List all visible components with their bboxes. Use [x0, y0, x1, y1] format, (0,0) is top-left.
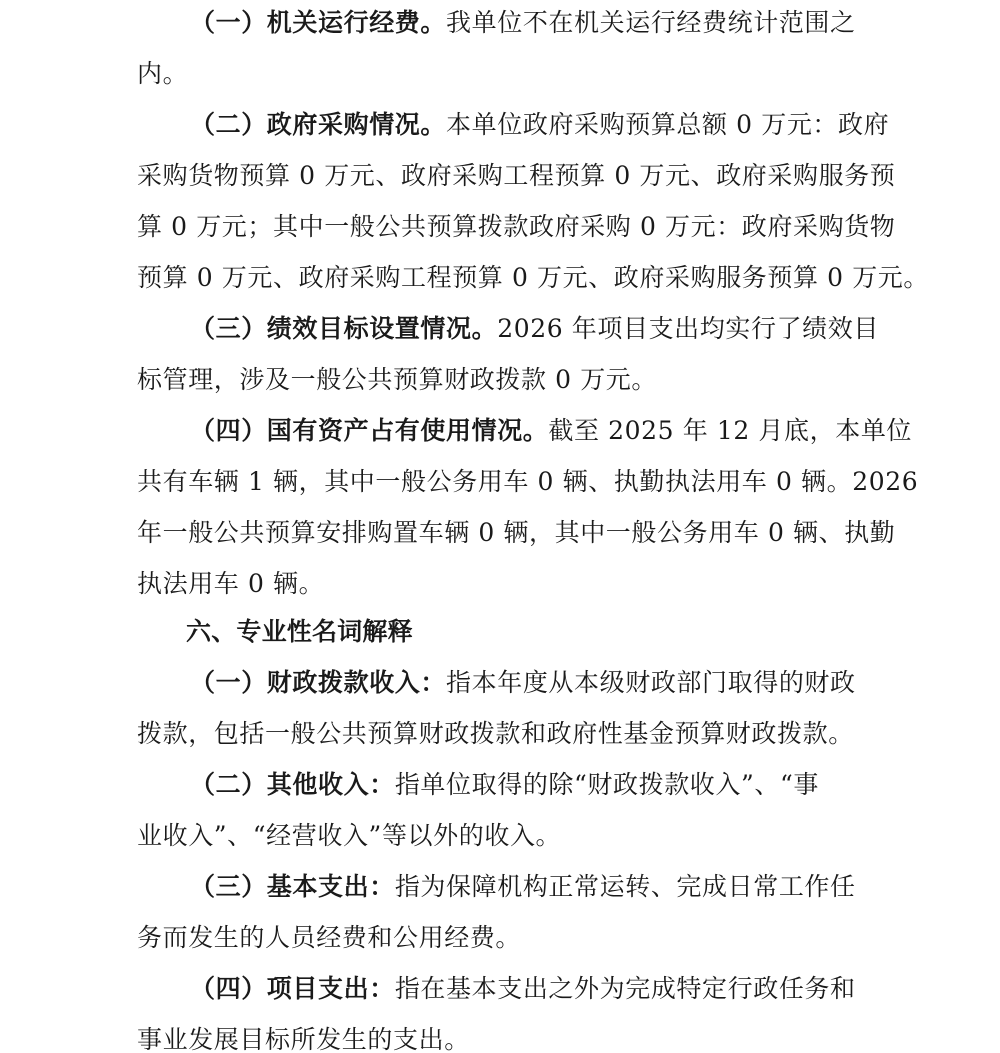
glossary-definition: 指单位取得的除“财政拨款收入”、“事 — [395, 770, 819, 799]
paragraph-admin-costs-line-2: 内。 — [137, 54, 188, 94]
paragraph-assets-line-3: 年一般公共预算安排购置车辆 0 辆，其中一般公务用车 0 辆、执勤 — [137, 513, 895, 553]
paragraph-assets-line-4: 执法用车 0 辆。 — [137, 564, 324, 604]
paragraph-procurement-line-2: 采购货物预算 0 万元、政府采购工程预算 0 万元、政府采购服务预 — [137, 156, 895, 196]
glossary-definition: 务而发生的人员经费和公用经费。 — [137, 923, 521, 952]
paragraph-admin-costs-line-1: （一）机关运行经费。我单位不在机关运行经费统计范围之 — [190, 3, 856, 43]
paragraph-lead: （二）政府采购情况。 — [190, 110, 446, 139]
paragraph-text: 标管理，涉及一般公共预算财政拨款 0 万元。 — [137, 365, 657, 394]
paragraph-performance-line-1: （三）绩效目标设置情况。2026 年项目支出均实行了绩效目 — [190, 309, 879, 349]
paragraph-text: 预算 0 万元、政府采购工程预算 0 万元、政府采购服务预算 0 万元。 — [137, 263, 929, 292]
paragraph-text: 年一般公共预算安排购置车辆 0 辆，其中一般公务用车 0 辆、执勤 — [137, 518, 895, 547]
paragraph-lead: （三）绩效目标设置情况。 — [190, 314, 497, 343]
paragraph-text: 截至 2025 年 12 月底，本单位 — [548, 416, 912, 445]
section-heading: 六、专业性名词解释 — [186, 612, 413, 652]
paragraph-text: 算 0 万元；其中一般公共预算拨款政府采购 0 万元：政府采购货物 — [137, 212, 895, 241]
glossary-project-expenditure-line-1: （四）项目支出：指在基本支出之外为完成特定行政任务和 — [190, 969, 856, 1009]
paragraph-assets-line-2: 共有车辆 1 辆，其中一般公务用车 0 辆、执勤执法用车 0 辆。2026 — [137, 462, 918, 502]
glossary-fiscal-income-line-1: （一）财政拨款收入：指本年度从本级财政部门取得的财政 — [190, 663, 856, 703]
glossary-basic-expenditure-line-1: （三）基本支出：指为保障机构正常运转、完成日常工作任 — [190, 867, 856, 907]
paragraph-performance-line-2: 标管理，涉及一般公共预算财政拨款 0 万元。 — [137, 360, 657, 400]
paragraph-text: 采购货物预算 0 万元、政府采购工程预算 0 万元、政府采购服务预 — [137, 161, 895, 190]
glossary-definition: 指本年度从本级财政部门取得的财政 — [446, 668, 856, 697]
glossary-term: （一）财政拨款收入： — [190, 668, 446, 697]
glossary-basic-expenditure-line-2: 务而发生的人员经费和公用经费。 — [137, 918, 521, 958]
glossary-other-income-line-1: （二）其他收入：指单位取得的除“财政拨款收入”、“事 — [190, 765, 819, 805]
paragraph-text: 我单位不在机关运行经费统计范围之 — [446, 8, 856, 37]
glossary-other-income-line-2: 业收入”、“经营收入”等以外的收入。 — [137, 816, 561, 856]
paragraph-lead: （一）机关运行经费。 — [190, 8, 446, 37]
glossary-definition: 拨款，包括一般公共预算财政拨款和政府性基金预算财政拨款。 — [137, 719, 854, 748]
paragraph-text: 本单位政府采购预算总额 0 万元：政府 — [446, 110, 889, 139]
glossary-fiscal-income-line-2: 拨款，包括一般公共预算财政拨款和政府性基金预算财政拨款。 — [137, 714, 854, 754]
glossary-definition: 指为保障机构正常运转、完成日常工作任 — [395, 872, 856, 901]
paragraph-assets-line-1: （四）国有资产占有使用情况。截至 2025 年 12 月底，本单位 — [190, 411, 912, 451]
glossary-term: （二）其他收入： — [190, 770, 395, 799]
paragraph-lead: （四）国有资产占有使用情况。 — [190, 416, 548, 445]
glossary-definition: 事业发展目标所发生的支出。 — [137, 1025, 470, 1053]
paragraph-text: 2026 年项目支出均实行了绩效目 — [497, 314, 879, 343]
document-page: （一）机关运行经费。我单位不在机关运行经费统计范围之 内。 （二）政府采购情况。… — [0, 0, 1000, 1053]
glossary-term: （三）基本支出： — [190, 872, 395, 901]
glossary-definition: 业收入”、“经营收入”等以外的收入。 — [137, 821, 561, 850]
paragraph-procurement-line-4: 预算 0 万元、政府采购工程预算 0 万元、政府采购服务预算 0 万元。 — [137, 258, 929, 298]
paragraph-procurement-line-3: 算 0 万元；其中一般公共预算拨款政府采购 0 万元：政府采购货物 — [137, 207, 895, 247]
glossary-definition: 指在基本支出之外为完成特定行政任务和 — [395, 974, 856, 1003]
paragraph-procurement-line-1: （二）政府采购情况。本单位政府采购预算总额 0 万元：政府 — [190, 105, 889, 145]
glossary-project-expenditure-line-2: 事业发展目标所发生的支出。 — [137, 1020, 470, 1053]
paragraph-text: 内。 — [137, 59, 188, 88]
paragraph-text: 共有车辆 1 辆，其中一般公务用车 0 辆、执勤执法用车 0 辆。2026 — [137, 467, 918, 496]
glossary-term: （四）项目支出： — [190, 974, 395, 1003]
paragraph-text: 执法用车 0 辆。 — [137, 569, 324, 598]
